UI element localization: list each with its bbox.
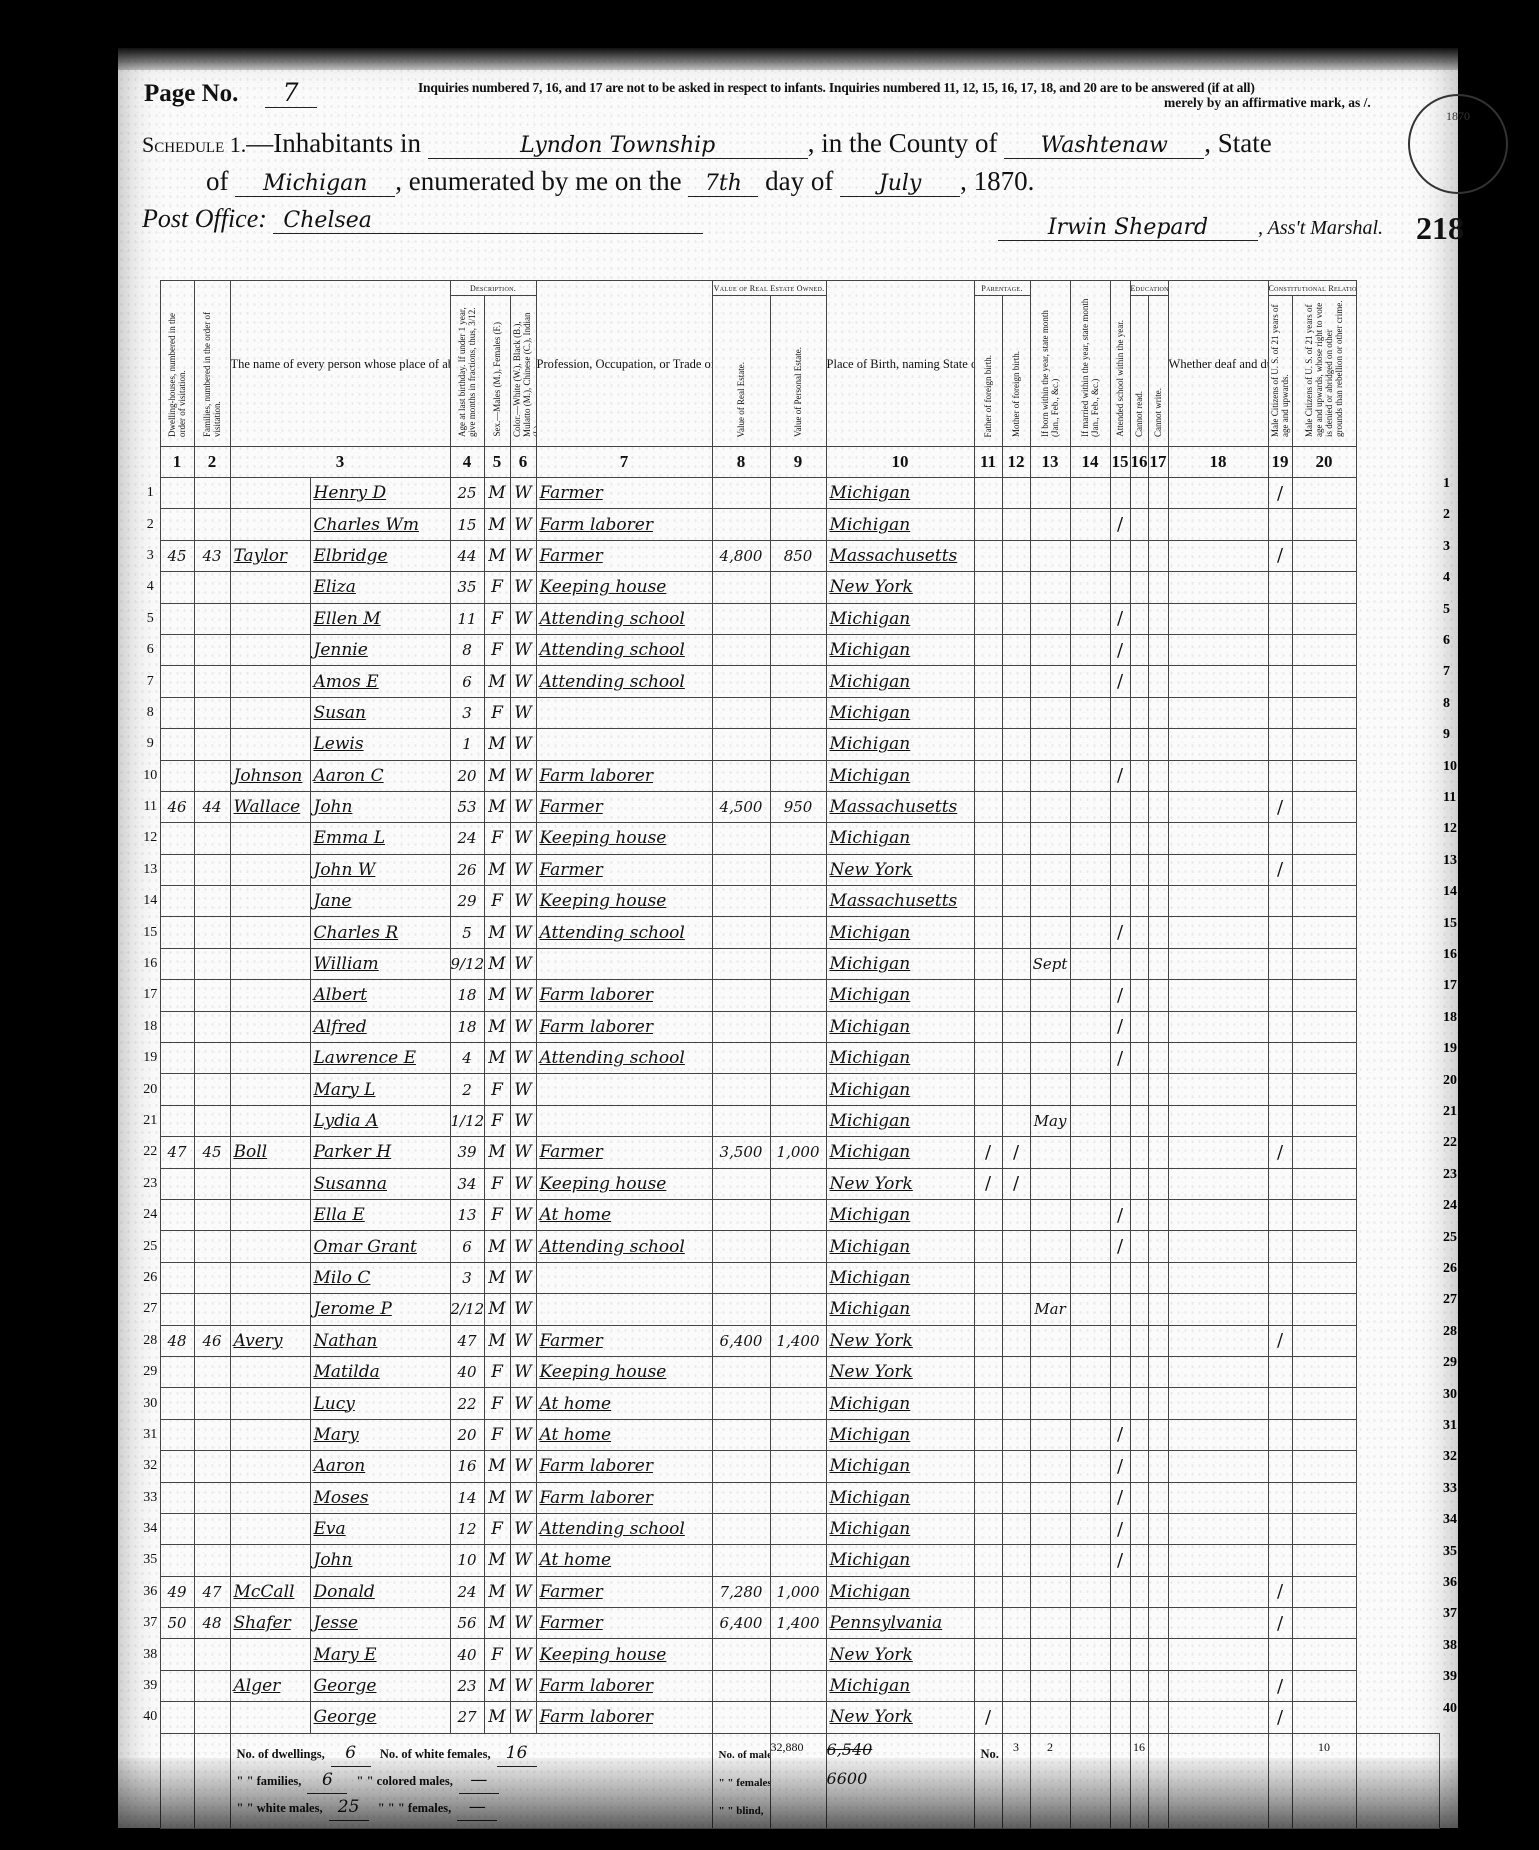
citizen-mark — [1268, 634, 1292, 665]
occupation-cell: Farmer — [536, 540, 712, 571]
surname-cell — [230, 634, 310, 665]
birthplace-cell: Michigan — [826, 980, 974, 1011]
personal-estate-cell — [770, 1105, 826, 1136]
real-estate-cell — [712, 1199, 770, 1230]
line-number: 4 — [138, 572, 160, 603]
family-number — [194, 1639, 230, 1670]
vote-denied-mark — [1292, 791, 1356, 822]
disability-cell — [1168, 1356, 1268, 1387]
mother-foreign-mark — [1002, 948, 1030, 979]
school-mark: / — [1110, 666, 1130, 697]
personal-estate-cell — [770, 1451, 826, 1482]
table-row: 26Milo C3MWMichigan — [138, 1262, 1440, 1293]
instruction-note: Inquiries numbered 7, 16, and 17 are not… — [418, 80, 1255, 96]
real-estate-cell — [712, 1388, 770, 1419]
dwelling-number: 45 — [160, 540, 194, 571]
col-real-estate-header: Value of Real Estate. — [712, 296, 770, 447]
occupation-cell: Attending school — [536, 917, 712, 948]
mother-foreign-mark: / — [1002, 1168, 1030, 1199]
birthplace-cell: Massachusetts — [826, 886, 974, 917]
family-number — [194, 509, 230, 540]
disability-cell — [1168, 1137, 1268, 1168]
col-number: 6 — [510, 447, 536, 478]
cannot-read-mark — [1130, 1545, 1148, 1576]
disability-cell — [1168, 1011, 1268, 1042]
mother-foreign-mark — [1002, 760, 1030, 791]
surname-cell — [230, 603, 310, 634]
school-mark — [1110, 1356, 1130, 1387]
given-name-cell: Omar Grant — [310, 1231, 450, 1262]
dwelling-number: 49 — [160, 1576, 194, 1607]
birthplace-cell: Michigan — [826, 1670, 974, 1701]
birthplace-cell: Michigan — [826, 1451, 974, 1482]
citizen-mark: / — [1268, 1576, 1292, 1607]
born-month-cell — [1030, 729, 1070, 760]
school-mark: / — [1110, 1043, 1130, 1074]
state-label: , State — [1204, 128, 1272, 158]
surname-cell — [230, 1262, 310, 1293]
occupation-cell: Keeping house — [536, 1168, 712, 1199]
color-cell: W — [510, 1325, 536, 1356]
line-number: 19 — [138, 1043, 160, 1074]
born-month-cell — [1030, 980, 1070, 1011]
dwelling-number — [160, 823, 194, 854]
born-month-cell — [1030, 1451, 1070, 1482]
right-line-number: 25 — [1443, 1230, 1457, 1246]
birthplace-cell: Michigan — [826, 1388, 974, 1419]
cannot-read-mark — [1130, 1513, 1148, 1544]
sex-cell: F — [484, 572, 510, 603]
col-color-header: Color.—White (W.), Black (B.), Mulatto (… — [510, 296, 536, 447]
occupation-cell — [536, 1294, 712, 1325]
cannot-write-mark — [1148, 634, 1168, 665]
occupation-cell — [536, 1262, 712, 1293]
family-number — [194, 1262, 230, 1293]
sex-cell: F — [484, 1419, 510, 1450]
married-month-cell — [1070, 1011, 1110, 1042]
given-name-cell: Parker H — [310, 1137, 450, 1168]
vote-denied-mark — [1292, 697, 1356, 728]
personal-estate-cell — [770, 823, 826, 854]
personal-estate-cell: 1,000 — [770, 1137, 826, 1168]
dwelling-number — [160, 603, 194, 634]
township-field: Lyndon Township — [428, 133, 808, 159]
family-number — [194, 854, 230, 885]
personal-estate-cell — [770, 509, 826, 540]
born-month-cell — [1030, 1356, 1070, 1387]
married-month-cell — [1070, 854, 1110, 885]
cannot-read-mark — [1130, 948, 1148, 979]
surname-cell — [230, 1231, 310, 1262]
right-line-number: 9 — [1443, 727, 1450, 743]
disability-cell — [1168, 572, 1268, 603]
dwelling-number — [160, 917, 194, 948]
disability-cell — [1168, 791, 1268, 822]
vote-denied-mark — [1292, 1105, 1356, 1136]
parentage-group-header: Parentage. — [974, 281, 1030, 296]
school-mark — [1110, 1670, 1130, 1701]
personal-estate-cell — [770, 729, 826, 760]
given-name-cell: Ellen M — [310, 603, 450, 634]
citizen-mark — [1268, 572, 1292, 603]
school-mark: / — [1110, 509, 1130, 540]
color-cell: W — [510, 729, 536, 760]
given-name-cell: Alfred — [310, 1011, 450, 1042]
family-number: 48 — [194, 1608, 230, 1639]
dwelling-number — [160, 980, 194, 1011]
color-cell: W — [510, 1356, 536, 1387]
line-number: 15 — [138, 917, 160, 948]
family-number — [194, 1294, 230, 1325]
vote-denied-mark — [1292, 1262, 1356, 1293]
vote-denied-mark — [1292, 886, 1356, 917]
disability-cell — [1168, 917, 1268, 948]
sex-cell: F — [484, 1199, 510, 1230]
citizen-mark — [1268, 666, 1292, 697]
mother-foreign-mark — [1002, 1670, 1030, 1701]
school-mark: / — [1110, 603, 1130, 634]
real-estate-cell — [712, 980, 770, 1011]
sex-cell: M — [484, 1043, 510, 1074]
mother-foreign-mark — [1002, 1356, 1030, 1387]
color-cell: W — [510, 603, 536, 634]
age-cell: 34 — [450, 1168, 484, 1199]
col-sex-header: Sex.—Males (M.), Females (F.) — [484, 296, 510, 447]
real-estate-cell — [712, 1639, 770, 1670]
right-line-number: 27 — [1443, 1292, 1457, 1308]
mother-foreign-mark — [1002, 1482, 1030, 1513]
table-row: 21Lydia A1/12FWMichiganMay — [138, 1105, 1440, 1136]
school-mark: / — [1110, 980, 1130, 1011]
citizen-mark — [1268, 917, 1292, 948]
cannot-write-mark — [1148, 540, 1168, 571]
mother-foreign-mark — [1002, 823, 1030, 854]
occupation-cell — [536, 948, 712, 979]
col-dwelling-header: Dwelling-houses, numbered in the order o… — [160, 281, 194, 447]
surname-cell — [230, 1105, 310, 1136]
age-cell: 39 — [450, 1137, 484, 1168]
given-name-cell: Donald — [310, 1576, 450, 1607]
right-line-number: 33 — [1443, 1481, 1457, 1497]
month-field: July — [840, 171, 960, 197]
dwelling-number — [160, 1639, 194, 1670]
col-number: 4 — [450, 447, 484, 478]
citizen-mark: / — [1268, 1608, 1292, 1639]
real-estate-cell — [712, 509, 770, 540]
state-field: Michigan — [235, 171, 395, 197]
occupation-cell: Attending school — [536, 666, 712, 697]
table-row: 114644WallaceJohn53MWFarmer4,500950Massa… — [138, 791, 1440, 822]
cannot-write-mark — [1148, 509, 1168, 540]
age-cell: 22 — [450, 1388, 484, 1419]
cannot-read-mark — [1130, 509, 1148, 540]
father-foreign-mark — [974, 1513, 1002, 1544]
personal-estate-cell: 1,400 — [770, 1325, 826, 1356]
table-row: 33Moses14MWFarm laborerMichigan/ — [138, 1482, 1440, 1513]
vote-denied-mark — [1292, 540, 1356, 571]
birthplace-cell: Michigan — [826, 917, 974, 948]
color-cell: W — [510, 1199, 536, 1230]
cannot-write-mark — [1148, 1074, 1168, 1105]
col-school-header: Attended school within the year. — [1110, 281, 1130, 447]
vote-denied-mark — [1292, 1545, 1356, 1576]
color-cell: W — [510, 1482, 536, 1513]
disability-cell — [1168, 1105, 1268, 1136]
cannot-write-mark — [1148, 1137, 1168, 1168]
family-number: 43 — [194, 540, 230, 571]
right-line-number: 12 — [1443, 821, 1457, 837]
occupation-cell: Keeping house — [536, 1356, 712, 1387]
dwelling-number — [160, 1670, 194, 1701]
vote-denied-mark — [1292, 1231, 1356, 1262]
age-cell: 25 — [450, 478, 484, 509]
cannot-read-mark — [1130, 1388, 1148, 1419]
mother-foreign-mark — [1002, 1262, 1030, 1293]
color-cell: W — [510, 886, 536, 917]
birthplace-cell: Michigan — [826, 1482, 974, 1513]
disability-cell — [1168, 1168, 1268, 1199]
age-cell: 1 — [450, 729, 484, 760]
col-age-header: Age at last birthday. If under 1 year, g… — [450, 296, 484, 447]
sex-cell: M — [484, 478, 510, 509]
cannot-write-mark — [1148, 1419, 1168, 1450]
cannot-write-mark — [1148, 791, 1168, 822]
marshal-label: , Ass't Marshal. — [1258, 217, 1383, 239]
sex-cell: M — [484, 854, 510, 885]
personal-estate-cell — [770, 1482, 826, 1513]
given-name-cell: Amos E — [310, 666, 450, 697]
personal-estate-cell — [770, 948, 826, 979]
dwelling-number: 47 — [160, 1137, 194, 1168]
personal-estate-cell — [770, 917, 826, 948]
real-estate-cell — [712, 823, 770, 854]
school-mark — [1110, 823, 1130, 854]
married-month-cell — [1070, 1199, 1110, 1230]
right-line-number: 34 — [1443, 1512, 1457, 1528]
cannot-read-mark — [1130, 1639, 1148, 1670]
mother-foreign-mark — [1002, 1702, 1030, 1733]
school-mark: / — [1110, 1011, 1130, 1042]
occupation-cell: Farmer — [536, 1325, 712, 1356]
right-line-number: 21 — [1443, 1104, 1457, 1120]
given-name-cell: Elbridge — [310, 540, 450, 571]
personal-estate-cell: 850 — [770, 540, 826, 571]
cannot-write-mark — [1148, 1451, 1168, 1482]
family-number — [194, 603, 230, 634]
color-cell: W — [510, 1576, 536, 1607]
color-cell: W — [510, 791, 536, 822]
family-number — [194, 823, 230, 854]
sex-cell: F — [484, 634, 510, 665]
birthplace-cell: Massachusetts — [826, 791, 974, 822]
sheet-number: 218 — [1416, 210, 1464, 247]
family-number — [194, 729, 230, 760]
dwelling-number — [160, 1482, 194, 1513]
line-number: 31 — [138, 1419, 160, 1450]
real-estate-cell — [712, 1356, 770, 1387]
surname-cell: McCall — [230, 1576, 310, 1607]
occupation-cell — [536, 1074, 712, 1105]
birthplace-cell: New York — [826, 854, 974, 885]
real-estate-cell: 4,500 — [712, 791, 770, 822]
vote-denied-mark — [1292, 1043, 1356, 1074]
dwelling-number — [160, 886, 194, 917]
vote-denied-mark — [1292, 1419, 1356, 1450]
real-estate-cell — [712, 572, 770, 603]
table-row: 15Charles R5MWAttending schoolMichigan/ — [138, 917, 1440, 948]
school-mark — [1110, 1168, 1130, 1199]
father-foreign-mark — [974, 572, 1002, 603]
father-foreign-mark — [974, 1043, 1002, 1074]
mother-foreign-mark — [1002, 729, 1030, 760]
cannot-read-mark — [1130, 1011, 1148, 1042]
personal-estate-cell — [770, 1294, 826, 1325]
cannot-read-mark — [1130, 697, 1148, 728]
citizen-mark — [1268, 980, 1292, 1011]
cannot-write-mark — [1148, 1545, 1168, 1576]
census-rows: 1Henry D25MWFarmerMichigan/2Charles Wm15… — [138, 478, 1440, 1734]
col-cannot-read-header: Cannot read. — [1130, 296, 1148, 447]
dwelling-number — [160, 666, 194, 697]
birthplace-cell: Michigan — [826, 509, 974, 540]
school-mark: / — [1110, 1545, 1130, 1576]
school-mark: / — [1110, 1513, 1130, 1544]
occupation-cell: Farm laborer — [536, 1482, 712, 1513]
citizen-mark: / — [1268, 1325, 1292, 1356]
vote-denied-mark — [1292, 854, 1356, 885]
married-month-cell — [1070, 1702, 1110, 1733]
given-name-cell: George — [310, 1702, 450, 1733]
surname-cell — [230, 1074, 310, 1105]
sex-cell: M — [484, 948, 510, 979]
line-number: 32 — [138, 1451, 160, 1482]
citizen-mark — [1268, 1105, 1292, 1136]
personal-estate-cell — [770, 1199, 826, 1230]
birthplace-cell: Massachusetts — [826, 540, 974, 571]
col-number: 2 — [194, 447, 230, 478]
line-number: 17 — [138, 980, 160, 1011]
cannot-write-mark — [1148, 1168, 1168, 1199]
post-office-label: Post Office: — [142, 204, 267, 233]
occupation-cell: At home — [536, 1419, 712, 1450]
cannot-write-mark — [1148, 1576, 1168, 1607]
vote-denied-mark — [1292, 572, 1356, 603]
father-foreign-mark — [974, 1325, 1002, 1356]
family-number: 44 — [194, 791, 230, 822]
table-row: 10JohnsonAaron C20MWFarm laborerMichigan… — [138, 760, 1440, 791]
line-number: 36 — [138, 1576, 160, 1607]
citizen-mark: / — [1268, 854, 1292, 885]
surname-cell — [230, 1043, 310, 1074]
given-name-cell: William — [310, 948, 450, 979]
vote-denied-mark — [1292, 760, 1356, 791]
line-number: 29 — [138, 1356, 160, 1387]
father-foreign-mark: / — [974, 1137, 1002, 1168]
col-number: 9 — [770, 447, 826, 478]
table-row: 375048ShaferJesse56MWFarmer6,4001,400Pen… — [138, 1608, 1440, 1639]
surname-cell — [230, 854, 310, 885]
born-month-cell — [1030, 1011, 1070, 1042]
cannot-write-mark — [1148, 1011, 1168, 1042]
family-number — [194, 1168, 230, 1199]
col-mother-foreign-header: Mother of foreign birth. — [1002, 296, 1030, 447]
vote-denied-mark — [1292, 1608, 1356, 1639]
family-number — [194, 1545, 230, 1576]
disability-cell — [1168, 1513, 1268, 1544]
school-mark: / — [1110, 1482, 1130, 1513]
born-month-cell — [1030, 1168, 1070, 1199]
line-number: 23 — [138, 1168, 160, 1199]
line-number: 33 — [138, 1482, 160, 1513]
line-number: 37 — [138, 1608, 160, 1639]
cannot-write-mark — [1148, 1670, 1168, 1701]
table-row: 364947McCallDonald24MWFarmer7,2801,000Mi… — [138, 1576, 1440, 1607]
color-cell: W — [510, 1451, 536, 1482]
table-row: 19Lawrence E4MWAttending schoolMichigan/ — [138, 1043, 1440, 1074]
vote-denied-mark — [1292, 1356, 1356, 1387]
personal-estate-cell — [770, 980, 826, 1011]
disability-cell — [1168, 478, 1268, 509]
family-number — [194, 1105, 230, 1136]
age-cell: 40 — [450, 1639, 484, 1670]
surname-cell — [230, 1702, 310, 1733]
line-number: 10 — [138, 760, 160, 791]
cannot-read-mark — [1130, 729, 1148, 760]
married-month-cell — [1070, 1388, 1110, 1419]
right-line-number: 6 — [1443, 633, 1450, 649]
mother-foreign-mark — [1002, 1388, 1030, 1419]
surname-cell — [230, 1639, 310, 1670]
vote-denied-mark — [1292, 1639, 1356, 1670]
occupation-cell: Farmer — [536, 1137, 712, 1168]
school-mark: / — [1110, 634, 1130, 665]
birthplace-cell: Pennsylvania — [826, 1608, 974, 1639]
cannot-read-mark — [1130, 1670, 1148, 1701]
color-cell: W — [510, 1074, 536, 1105]
married-month-cell — [1070, 1168, 1110, 1199]
mother-foreign-mark — [1002, 1043, 1030, 1074]
age-cell: 2/12 — [450, 1294, 484, 1325]
disability-cell — [1168, 1670, 1268, 1701]
given-name-cell: John W — [310, 854, 450, 885]
right-line-number: 4 — [1443, 570, 1450, 586]
sex-cell: M — [484, 1545, 510, 1576]
age-cell: 47 — [450, 1325, 484, 1356]
table-row: 4Eliza35FWKeeping houseNew York — [138, 572, 1440, 603]
cannot-read-mark — [1130, 1608, 1148, 1639]
vote-denied-mark — [1292, 1011, 1356, 1042]
cannot-read-mark — [1130, 572, 1148, 603]
mother-foreign-mark — [1002, 697, 1030, 728]
line-number: 38 — [138, 1639, 160, 1670]
age-cell: 3 — [450, 1262, 484, 1293]
instruction-note-2: merely by an affirmative mark, as /. — [1164, 95, 1371, 111]
father-foreign-mark — [974, 1419, 1002, 1450]
color-cell: W — [510, 948, 536, 979]
mother-foreign-mark — [1002, 572, 1030, 603]
school-mark — [1110, 1639, 1130, 1670]
citizen-mark — [1268, 729, 1292, 760]
birthplace-cell: Michigan — [826, 1074, 974, 1105]
page-number-label: Page No. — [144, 80, 238, 107]
right-line-number: 36 — [1443, 1575, 1457, 1591]
cannot-write-mark — [1148, 1294, 1168, 1325]
cannot-read-mark — [1130, 603, 1148, 634]
col-father-foreign-header: Father of foreign birth. — [974, 296, 1002, 447]
born-month-cell — [1030, 1199, 1070, 1230]
birthplace-cell: New York — [826, 1356, 974, 1387]
personal-estate-cell — [770, 603, 826, 634]
